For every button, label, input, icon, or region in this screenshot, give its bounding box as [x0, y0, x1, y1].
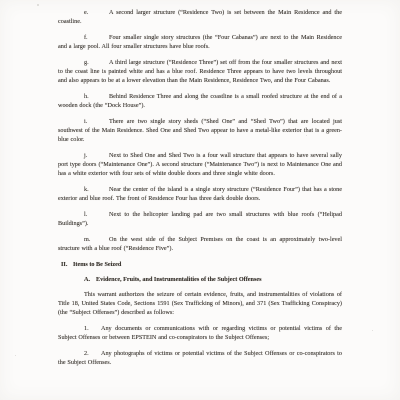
paragraph-2: 2.Any photographs of victims or potentia… — [58, 349, 342, 367]
scan-speckle — [372, 330, 373, 331]
paragraph-1-label: 1. — [84, 324, 101, 333]
paragraph-2-text: Any photographs of victims or potential … — [58, 350, 342, 366]
paragraph-l: l.Next to the helicopter landing pad are… — [58, 210, 342, 228]
paragraph-i-label: i. — [84, 117, 109, 126]
document-page: e.A second larger structure (“Residence … — [0, 0, 400, 400]
paragraph-f-label: f. — [84, 33, 109, 42]
paragraph-g-label: g. — [84, 58, 109, 67]
paragraph-i: i.There are two single story sheds (“She… — [58, 117, 342, 144]
paragraph-j-label: j. — [84, 151, 109, 160]
subsection-heading-title: Evidence, Fruits, and Instrumentalities … — [96, 276, 262, 283]
paragraph-1: 1.Any documents or communications with o… — [58, 324, 342, 342]
section-heading-items-to-be-seized: II.Items to Be Seized — [61, 260, 342, 269]
section-heading-label: II. — [61, 260, 73, 269]
paragraph-2-label: 2. — [84, 349, 101, 358]
paragraph-m-label: m. — [84, 235, 109, 244]
paragraph-h: h.Behind Residence Three and along the c… — [58, 92, 342, 110]
subsection-heading-evidence: A.Evidence, Fruits, and Instrumentalitie… — [84, 275, 342, 284]
lettered-paragraphs: e.A second larger structure (“Residence … — [58, 8, 342, 253]
scan-speckle — [15, 355, 16, 356]
paragraph-g: g.A third large structure (“Residence Th… — [58, 58, 342, 85]
paragraph-1-text: Any documents or communications with or … — [58, 325, 342, 341]
scan-speckle — [306, 135, 307, 136]
paragraph-e-label: e. — [84, 8, 109, 17]
paragraph-f: f.Four smaller single story structures (… — [58, 33, 342, 51]
numbered-paragraphs: 1.Any documents or communications with o… — [58, 324, 342, 367]
paragraph-k: k.Near the center of the island is a sin… — [58, 185, 342, 203]
paragraph-m: m.On the west side of the Subject Premis… — [58, 235, 342, 253]
subsection-heading-label: A. — [84, 275, 96, 284]
section-heading-title: Items to Be Seized — [73, 261, 121, 268]
paragraph-k-label: k. — [84, 185, 109, 194]
intro-paragraph: This warrant authorizes the seizure of c… — [58, 290, 342, 317]
paragraph-l-label: l. — [84, 210, 109, 219]
paragraph-e: e.A second larger structure (“Residence … — [58, 8, 342, 26]
scan-speckle — [37, 4, 39, 6]
paragraph-h-label: h. — [84, 92, 109, 101]
paragraph-j: j.Next to Shed One and Shed Two is a fou… — [58, 151, 342, 178]
